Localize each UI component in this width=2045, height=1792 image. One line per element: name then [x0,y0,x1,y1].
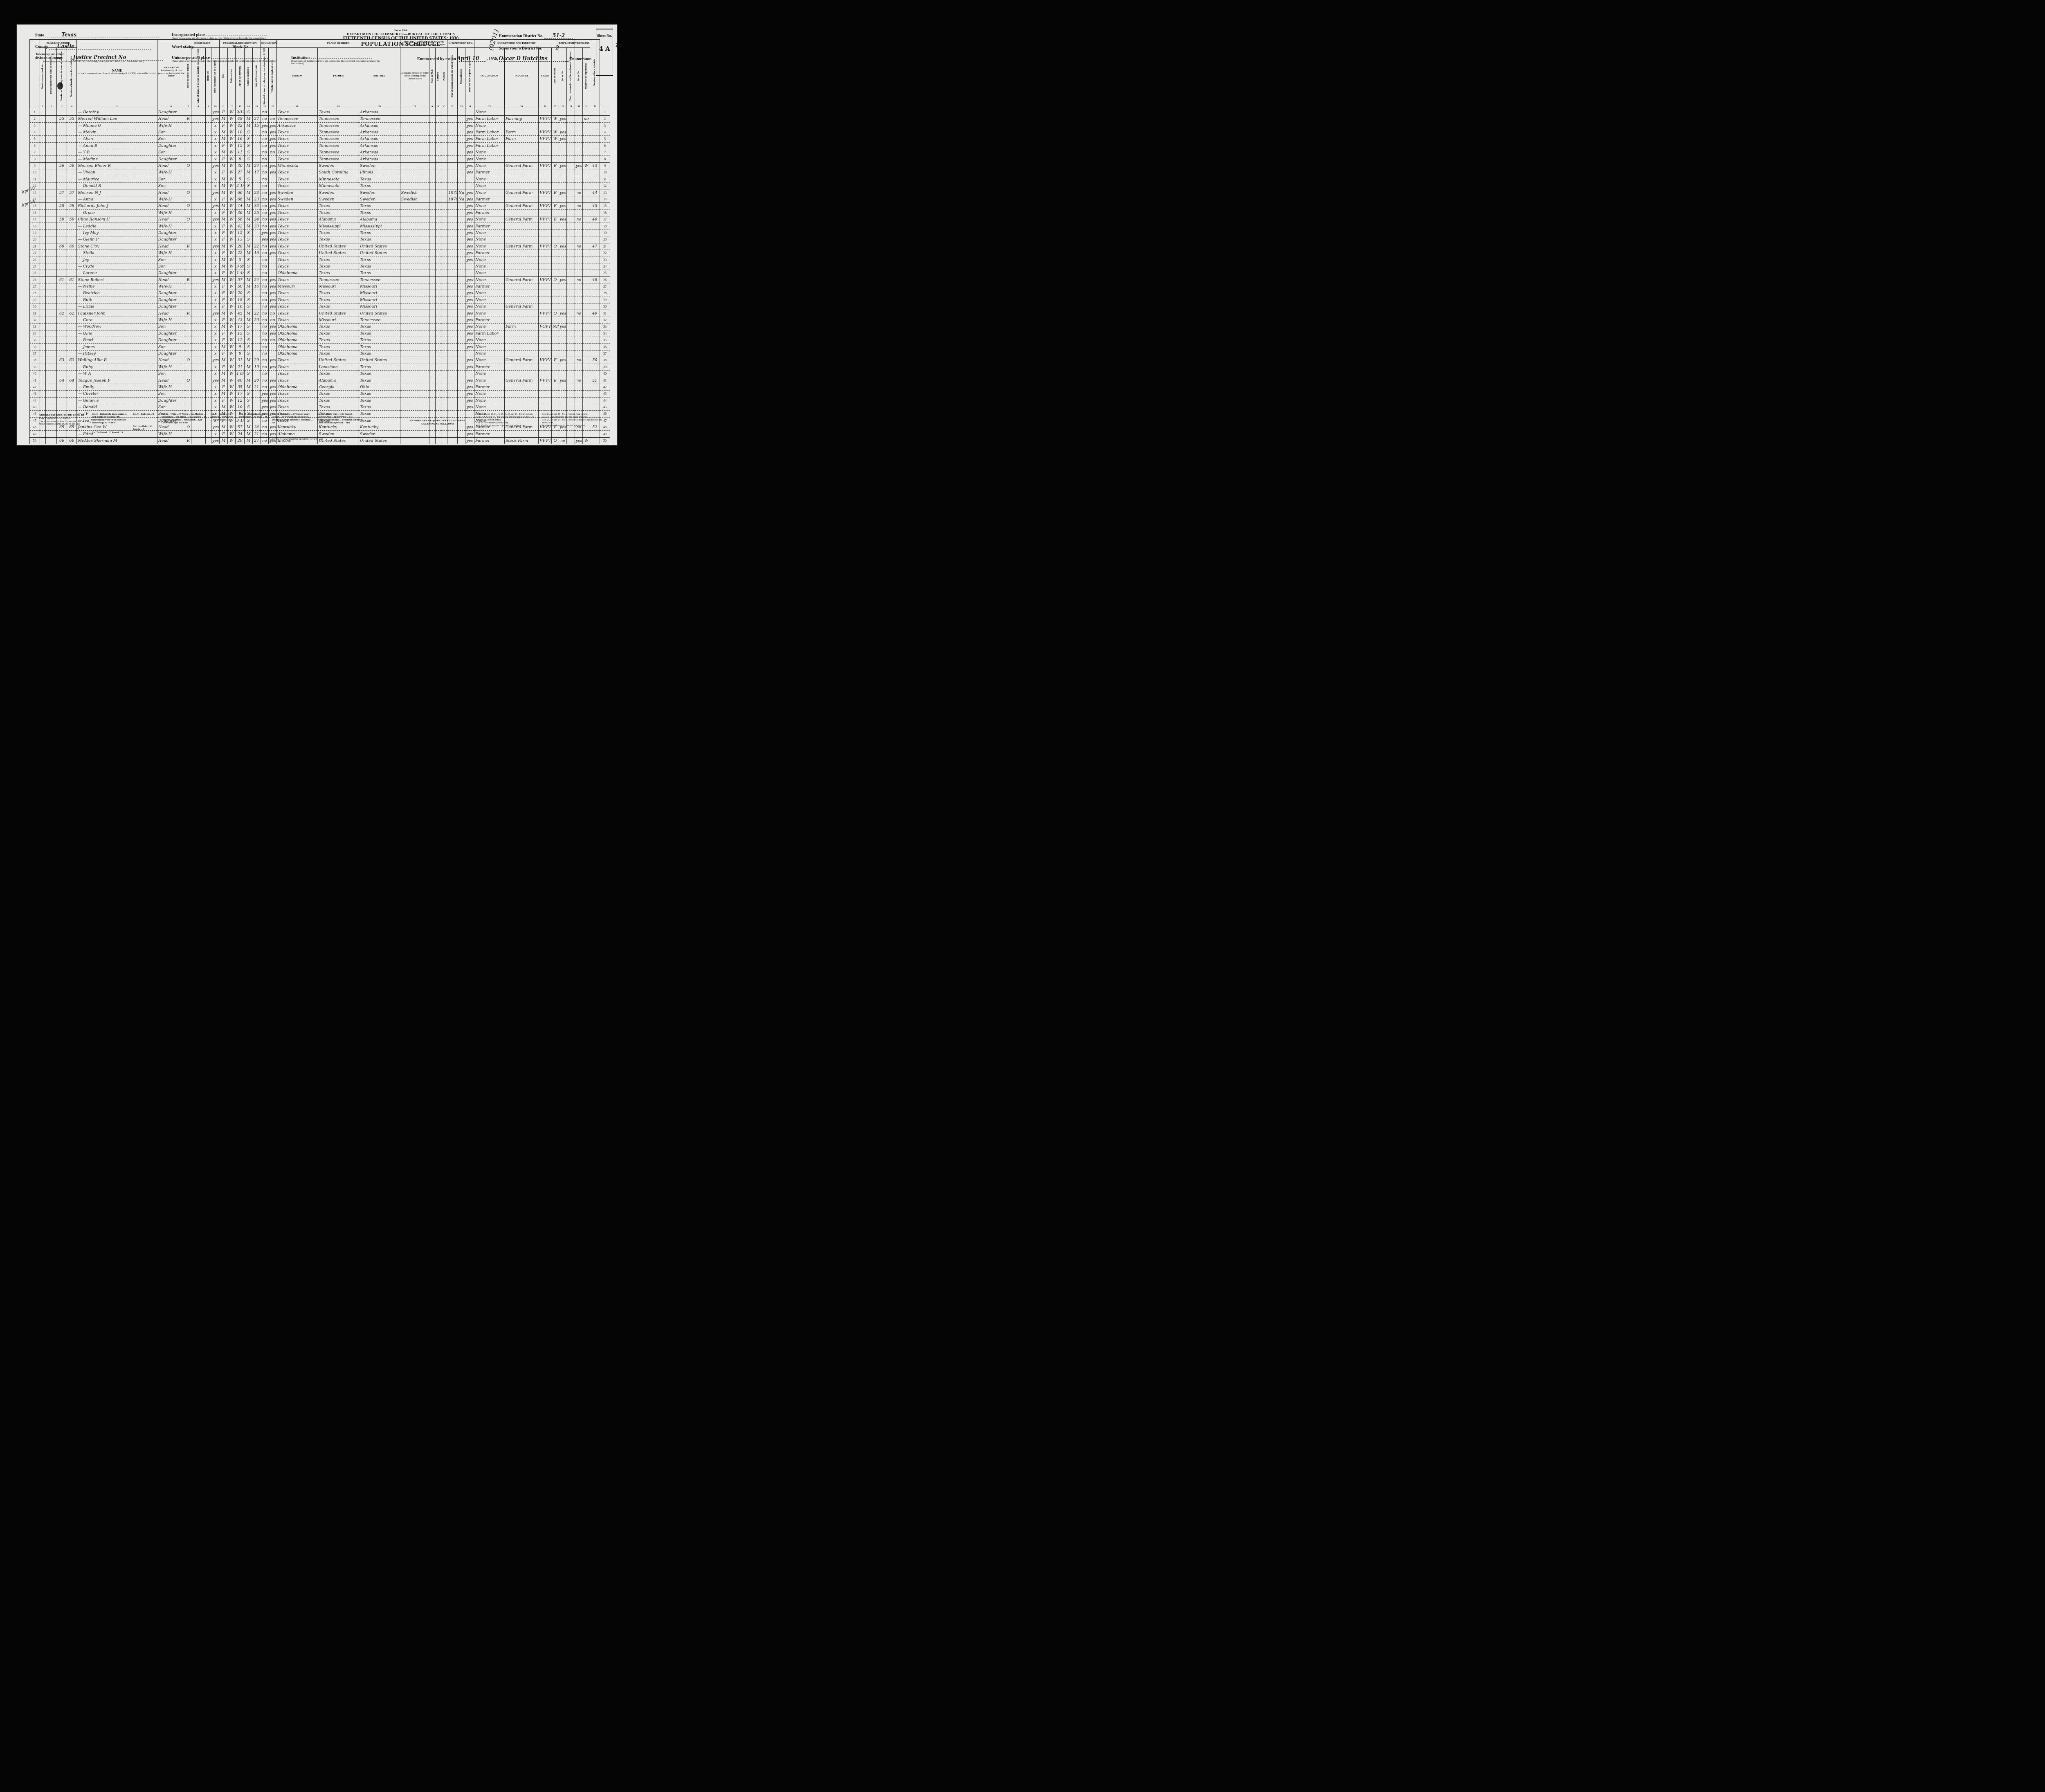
cell-sex: F [219,283,227,290]
cell-farm-schedule [590,324,600,330]
cell-immigration-year [447,229,458,236]
cell-unemployment-line [567,116,575,122]
cell-race: W [227,236,236,243]
cell-age: 57 [236,277,245,283]
cell-industry [504,250,538,256]
cell-occupation-code [539,263,552,270]
cell-dwelling-number [57,156,67,162]
cell-code-c [441,216,447,223]
cell-house-number [46,384,57,390]
cell-industry [504,196,538,202]
cell-speaks-english: yes [465,384,474,390]
cell-at-work [559,149,567,156]
colnum-14: 14 [245,105,253,109]
cell-home-value [191,149,205,156]
cell-code-c [441,116,447,122]
cell-unemployment-line [567,310,575,317]
cell-sex: F [219,169,227,176]
cell-race: W [227,183,236,189]
cell-read-write [269,370,277,377]
cell-family-number [67,129,77,135]
cell-home-tenure [185,404,191,410]
cell-family-number [67,344,77,350]
cell-home-value [191,176,205,182]
cell-age: 28 [236,243,245,250]
cell-read-write: yes [269,384,277,390]
cell-class-of-worker [552,176,559,182]
cell-father-birthplace: Tennessee [318,136,359,142]
cell-occupation-code [539,236,552,243]
cell-person-name: — Genevie [77,397,157,404]
cell-radio [205,169,211,176]
line-number: 2 [30,116,40,122]
line-number: 23 [30,256,40,263]
cell-school: no [261,136,269,142]
cell-sex: M [219,136,227,142]
cell-industry [504,290,538,297]
cell-relation: Son [157,344,185,350]
cell-farm-schedule: 45 [590,203,600,209]
cell-read-write [269,350,277,357]
cell-read-write: yes [269,290,277,297]
footer: ABBREVIATIONS TO BE USED IN COLUMNS INDI… [39,413,611,442]
cell-code-b [435,391,441,397]
cell-person-name: — Lizzie [77,304,157,310]
cell-veteran [575,391,583,397]
table-row: 6— Anna BDaughterxFW15SnoyesTexasTenness… [30,142,610,149]
cell-sex: M [219,344,227,350]
cell-immigration-year [447,183,458,189]
entries-1: Cols. 6, 11, 12, 13, 14, 16, 18, 19, 20,… [476,413,538,416]
cell-war [583,317,590,323]
cell-occupation: Farmer [474,196,505,202]
cell-language [400,183,429,189]
cell-relation: Daughter [157,290,185,297]
cell-person-name: — Anna [77,196,157,202]
cell-street [40,209,46,216]
cell-birthplace: Oklahoma [276,324,318,330]
cell-street [40,256,46,263]
cell-dwelling-number [57,149,67,156]
cell-race: W [227,304,236,310]
cell-occupation-code [539,196,552,202]
cell-home-value [191,203,205,209]
cell-code-c [441,377,447,384]
cell-house-number [46,250,57,256]
cell-marital: M [245,250,253,256]
line-number: 30 [30,304,40,310]
cell-street [40,149,46,156]
cell-age-first-marriage [252,109,261,115]
cell-speaks-english [465,176,474,182]
cell-age: 45 [236,310,245,317]
cell-occupation: None [474,109,505,115]
cell-war [583,364,590,370]
col-29-label: If not, line number on Unemployment Sche… [569,52,572,101]
cell-veteran [575,283,583,290]
cell-race: W [227,169,236,176]
cell-code-b [435,142,441,149]
col-28-label: Yes or No [562,71,564,81]
cell-house-number [46,229,57,236]
cell-sex: F [219,330,227,337]
cell-house-number [46,183,57,189]
cell-person-name: Stone Cloy [77,243,157,250]
cell-race: W [227,176,236,182]
cell-code-c [441,370,447,377]
line-number-right: 4 [600,129,610,135]
cell-age-first-marriage [252,149,261,156]
cell-war [583,176,590,182]
cell-read-write: yes [269,142,277,149]
cell-class-of-worker [552,156,559,162]
cell-radio [205,209,211,216]
cell-race: W [227,297,236,303]
col-2-label: House number (in cities or towns) [50,58,52,94]
cell-farm-schedule [590,330,600,337]
cell-code-a [429,176,435,182]
cell-age-first-marriage: 16 [252,283,261,290]
cell-home-tenure [185,136,191,142]
cell-dwelling-number: 57 [57,189,67,196]
cell-farm: x [211,317,220,323]
cell-school: no [261,324,269,330]
cell-farm: x [211,156,220,162]
cell-occupation-code: VVVV [539,162,552,169]
cell-family-number [67,324,77,330]
cell-read-write: yes [269,169,277,176]
cell-father-birthplace: Texas [318,270,359,277]
cell-at-work [559,290,567,297]
cell-occupation-code: VVVV [539,216,552,223]
line-number: 26 [30,277,40,283]
abbrev-col6: Col. 6—Indicate the home-maker in each f… [92,413,129,425]
cell-industry [504,384,538,390]
cell-marital: S [245,330,253,337]
cell-speaks-english: yes [465,364,474,370]
entries-8: Col. 30—For all males 21 years of age an… [542,425,603,427]
cell-class-of-worker [552,223,559,229]
cell-relation: Son [157,176,185,182]
cell-family-number: 64 [67,377,77,384]
cell-speaks-english: yes [465,136,474,142]
cell-age-first-marriage [252,263,261,270]
cell-code-b [435,364,441,370]
cell-veteran [575,384,583,390]
cell-race: W [227,229,236,236]
cell-at-work: yes [559,203,567,209]
cell-father-birthplace: United States [318,310,359,317]
cell-family-number [67,183,77,189]
cell-school: no [261,270,269,277]
table-row: 24— ClydeSonxMW3 9/12SnoTexasTexasTexasN… [30,263,610,270]
cell-occupation: None [474,183,505,189]
cell-street [40,162,46,169]
table-row: 34— OllieDaughterxFW13SnoyesOklahomaTexa… [30,330,610,337]
cell-speaks-english: yes [465,283,474,290]
cell-class-of-worker [552,229,559,236]
cell-street [40,243,46,250]
cell-person-name: — Lorene [77,270,157,277]
cell-relation: Head [157,277,185,283]
colnum-30: 30 [575,105,583,109]
cell-radio [205,364,211,370]
cell-home-value [191,142,205,149]
cell-industry [504,283,538,290]
cell-farm-schedule [590,129,600,135]
cell-race: W [227,397,236,404]
cell-father-birthplace: Texas [318,397,359,404]
cell-veteran [575,109,583,115]
cell-naturalization [457,256,465,263]
col-c-label: Nativity [443,72,445,81]
cell-veteran [575,297,583,303]
cell-code-a [429,270,435,277]
cell-family-number [67,223,77,229]
cell-naturalization [457,324,465,330]
cell-class-of-worker: E [552,216,559,223]
cell-code-a [429,404,435,410]
cell-veteran [575,142,583,149]
cell-radio [205,256,211,263]
cell-home-value [191,391,205,397]
cell-war: W [583,162,590,169]
cell-person-name: — Nellie [77,283,157,290]
cell-house-number [46,149,57,156]
colnum-6: 6 [157,105,185,109]
colnum-11: 11 [219,105,227,109]
cell-race: W [227,263,236,270]
col-30-header: Yes or No [575,48,583,105]
cell-sex: M [219,370,227,377]
cell-farm-schedule [590,344,600,350]
cell-immigration-year [447,136,458,142]
cell-person-name: Richards John J [77,203,157,209]
cell-code-b [435,109,441,115]
cell-father-birthplace: Tennessee [318,149,359,156]
cell-language [400,317,429,323]
cell-code-b [435,263,441,270]
cell-home-tenure [185,169,191,176]
line-number-right: 35 [600,337,610,344]
cell-language [400,310,429,317]
cell-mother-birthplace: Alabama [359,216,400,223]
cell-code-c [441,304,447,310]
cell-house-number [46,142,57,149]
cell-race: W [227,290,236,297]
cell-class-of-worker [552,183,559,189]
cell-farm-schedule [590,142,600,149]
cell-age: 35 [236,384,245,390]
cell-mother-birthplace: Texas [359,203,400,209]
cell-occupation: None [474,162,505,169]
cell-code-c [441,136,447,142]
cell-home-tenure: R [185,310,191,317]
cell-code-c [441,203,447,209]
cell-birthplace: Texas [276,391,318,397]
cell-code-a [429,209,435,216]
cell-house-number [46,223,57,229]
line-number-right: 41 [600,377,610,384]
cell-sex: F [219,196,227,202]
cell-home-tenure [185,209,191,216]
col-16-label: Attended school or college any time sinc… [263,48,266,105]
col-9-label: Radio set [207,71,209,81]
cell-industry: Farm [504,324,538,330]
cell-house-number [46,156,57,162]
cell-speaks-english: yes [465,397,474,404]
cell-birthplace: Sweden [276,189,318,196]
line-number: 28 [30,290,40,297]
table-row: 3— Minnie OWife-HxFW42M15yesyesArkansasT… [30,122,610,129]
colnum-4: 4 [67,105,77,109]
line-number: 25 [30,270,40,277]
cell-marital: S [245,176,253,182]
cell-home-tenure: R [185,243,191,250]
cell-naturalization [457,377,465,384]
cell-family-number [67,384,77,390]
cell-language [400,364,429,370]
cell-naturalization [457,129,465,135]
cell-class-of-worker [552,283,559,290]
cell-school: no [261,317,269,323]
cell-farm-schedule [590,364,600,370]
cell-family-number [67,176,77,182]
cell-home-value [191,377,205,384]
cell-marital: S [245,397,253,404]
cell-read-write [269,183,277,189]
col-11-label: Sex [222,74,225,78]
cell-veteran [575,256,583,263]
cell-occupation-code [539,337,552,344]
cell-home-value [191,229,205,236]
colnum-28: 28 [559,105,567,109]
incorporated-label: Incorporated place [172,33,205,37]
cell-veteran: yes [575,162,583,169]
table-row: 12— Donald RSonxMW2 1/12SnoTexasMinnesot… [30,183,610,189]
cell-speaks-english: yes [465,297,474,303]
cell-at-work [559,176,567,182]
cell-immigration-year [447,344,458,350]
cell-class-of-worker [552,122,559,129]
cell-home-tenure: O [185,162,191,169]
cell-code-c [441,156,447,162]
cell-age-first-marriage: 25 [252,209,261,216]
cell-occupation: None [474,370,505,377]
cell-class-of-worker [552,364,559,370]
cell-marital: M [245,209,253,216]
cell-radio [205,317,211,323]
cell-dwelling-number [57,270,67,277]
cell-farm: x [211,337,220,344]
cell-dwelling-number [57,256,67,263]
line-number-right: 45 [600,404,610,410]
cell-mother-birthplace: Arkansas [359,156,400,162]
cell-occupation-code [539,209,552,216]
cell-father-birthplace: Texas [318,209,359,216]
col-23-label: Naturalization [460,69,463,84]
cell-dwelling-number: 63 [57,357,67,364]
line-number-right: 43 [600,391,610,397]
cell-naturalization [457,122,465,129]
cell-language [400,149,429,156]
cell-code-c [441,330,447,337]
cell-mother-birthplace: Sweden [359,189,400,196]
cell-speaks-english: yes [465,156,474,162]
cell-birthplace: Texas [276,364,318,370]
cell-immigration-year [447,162,458,169]
cell-marital: M [245,216,253,223]
cell-school: no [261,203,269,209]
cell-family-number: 63 [67,357,77,364]
cell-at-work [559,283,567,290]
cell-school: no [261,142,269,149]
cell-unemployment-line [567,189,575,196]
cell-house-number [46,290,57,297]
cell-veteran [575,290,583,297]
cell-house-number [46,216,57,223]
cell-unemployment-line [567,404,575,410]
cell-unemployment-line [567,297,575,303]
cell-sex: M [219,216,227,223]
cell-street [40,317,46,323]
cell-war [583,203,590,209]
line-number: 11 [30,176,40,182]
cell-farm: x [211,330,220,337]
cell-immigration-year [447,243,458,250]
cell-race: W [227,109,236,115]
cell-industry [504,169,538,176]
cell-occupation: Farm Labor [474,129,505,135]
cell-unemployment-line [567,176,575,182]
cell-marital: S [245,297,253,303]
line-number-right: 14 [600,196,610,202]
cell-school: yes [261,404,269,410]
cell-father-birthplace: Sweden [318,189,359,196]
cell-occupation-code [539,176,552,182]
cell-farm: x [211,384,220,390]
cell-industry: General Farm [504,377,538,384]
cell-home-tenure: O [185,203,191,209]
cell-at-work: yes [559,310,567,317]
cell-birthplace: Texas [276,277,318,283]
cell-age-first-marriage [252,236,261,243]
cell-occupation-code: VVVV [539,277,552,283]
cell-school: no [261,169,269,176]
cell-person-name: — Modine [77,156,157,162]
cell-street [40,142,46,149]
line-number: 7 [30,149,40,156]
cell-unemployment-line [567,149,575,156]
cell-language [400,223,429,229]
cell-at-work: yes [559,189,567,196]
cell-at-work [559,384,567,390]
cell-race: W [227,364,236,370]
name-desc: of each person whose place of abode on A… [77,72,157,75]
cell-school: no [261,357,269,364]
cell-house-number [46,209,57,216]
cell-naturalization [457,337,465,344]
cell-unemployment-line [567,236,575,243]
cell-race: W [227,256,236,263]
cell-naturalization [457,229,465,236]
cell-marital: M [245,189,253,196]
group-occupation: OCCUPATION AND INDUSTRY [474,40,559,48]
cell-birthplace: Oklahoma [276,350,318,357]
cell-farm: x [211,129,220,135]
cell-code-a [429,324,435,330]
table-row: 33— WoodrowSonxMW17SnoyesOklahomaTexasTe… [30,324,610,330]
